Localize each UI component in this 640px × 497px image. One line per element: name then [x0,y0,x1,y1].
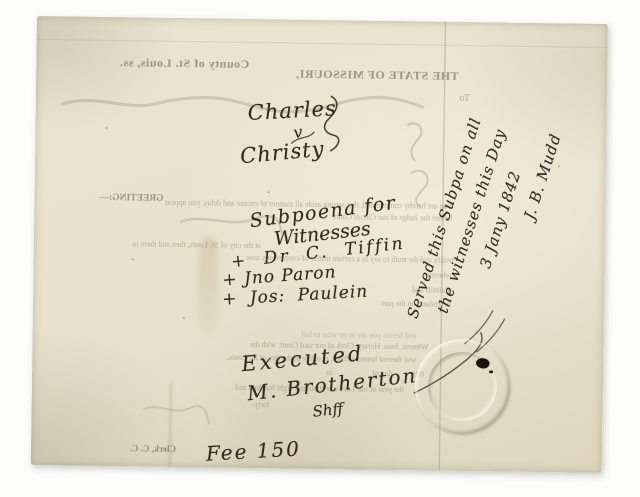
ink-blot-small [489,370,493,373]
handwritten-sheriff-title: Shff [312,400,344,421]
paper-document: County of St. Louis, ss. THE STATE OF MI… [31,16,608,473]
bleedthrough-handwriting-squiggle [410,171,427,208]
bleedthrough-handwriting-squiggle [61,93,424,114]
bleedthrough-handwriting-squiggle [407,123,422,161]
bleedthrough-handwriting-squiggle [143,405,209,424]
handwritten-plaintiff-name: Charles [247,96,337,125]
photo-backdrop: County of St. Louis, ss. THE STATE OF MI… [0,0,640,497]
